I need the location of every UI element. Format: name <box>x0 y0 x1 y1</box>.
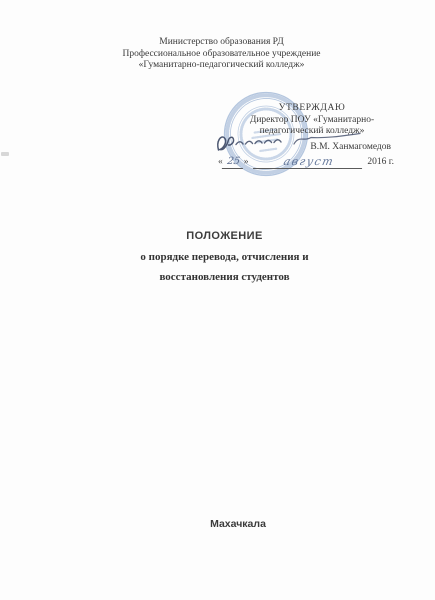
title-block: ПОЛОЖЕНИЕ о порядке перевода, отчисления… <box>0 230 435 291</box>
director-name: В.М. Ханмагомедов <box>310 142 392 152</box>
handwritten-month: август <box>253 156 365 169</box>
city-name: Махачкала <box>0 518 435 530</box>
header-line-institution: Профессиональное образовательное учрежде… <box>8 49 435 61</box>
date-year: 2016 г. <box>367 157 394 169</box>
signature-row: В.М. Ханмагомедов <box>232 138 392 155</box>
document-subtitle-1: о порядке перевода, отчисления и <box>14 251 435 263</box>
approval-line-1: Директор ПОУ «Гуманитарно- <box>232 115 392 127</box>
document-subtitle-2: восстановления студентов <box>14 271 435 283</box>
approval-line-2: педагогический колледж» <box>232 126 392 138</box>
approval-block: УТВЕРЖДАЮ Директор ПОУ «Гуманитарно- пед… <box>232 103 392 169</box>
handwritten-day: 25 <box>222 156 245 169</box>
date-row: « 25 » август 2016 г. <box>218 156 394 169</box>
scan-artifact <box>1 152 9 156</box>
document-header: Министерство образования РД Профессионал… <box>0 37 435 72</box>
header-line-ministry: Министерство образования РД <box>8 37 435 49</box>
document-page: Министерство образования РД Профессионал… <box>0 0 435 600</box>
header-line-college: «Гуманитарно-педагогический колледж» <box>8 60 435 72</box>
document-title: ПОЛОЖЕНИЕ <box>14 230 435 242</box>
approval-label: УТВЕРЖДАЮ <box>232 103 392 115</box>
